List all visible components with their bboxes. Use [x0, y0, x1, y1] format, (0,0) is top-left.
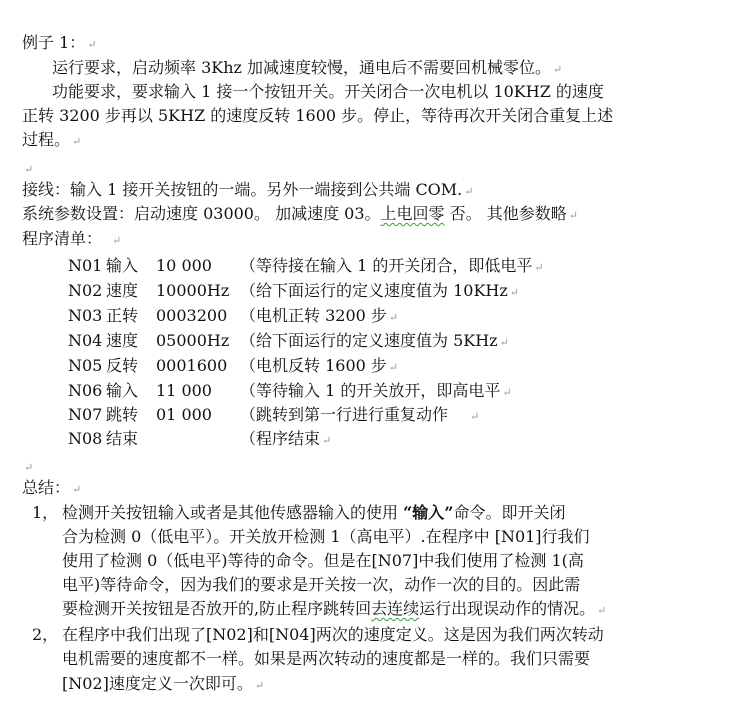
command: 反转: [106, 356, 138, 376]
comment: （给下面运行的定义速度值为 10KHz↵: [240, 281, 519, 303]
empty-paragraph: ↵: [22, 456, 33, 478]
paragraph-mark-icon: ↵: [569, 209, 578, 222]
summary-item-1-line-1: 检测开关按钮输入或者是其他传感器输入的使用 “输入”命令。即开关闭: [62, 503, 566, 525]
paragraph-mark-icon: ↵: [322, 434, 331, 447]
line-number: N01: [68, 256, 102, 276]
paragraph-mark-icon: ↵: [389, 361, 398, 374]
summary-text: 要检测开关按钮是否放开的,防止程序跳转回: [62, 599, 371, 618]
wiring-text: 接线：输入 1 接开关按钮的一端。另外一端接到公共端 COM.: [22, 180, 462, 199]
comment-text: （电机反转 1600 步: [240, 356, 387, 375]
paragraph-mark-icon: ↵: [510, 286, 519, 299]
paragraph-mark-icon: ↵: [389, 311, 398, 324]
paragraph-mark-icon: ↵: [112, 234, 121, 247]
comment: （等待接在输入 1 的开关闭合，即低电平↵: [240, 256, 544, 278]
list-number: 2，: [32, 625, 58, 644]
summary-text: 使用了检测 0（低电平)等待的命令。但是在[N07]中我们使用了检测 1(高: [62, 551, 584, 570]
comment: （跳转到第一行进行重复动作↵: [240, 405, 479, 427]
comment: （电机反转 1600 步↵: [240, 356, 398, 378]
function-requirement-text: 正转 3200 步再以 5KHZ 的速度反转 1600 步。停止，等待再次开关闭…: [22, 106, 613, 125]
example-title-text: 例子 1：: [22, 33, 85, 52]
wiring-line: 接线：输入 1 接开关按钮的一端。另外一端接到公共端 COM.↵: [22, 180, 474, 202]
paragraph-mark-icon: ↵: [464, 185, 473, 198]
function-requirement-text: 功能要求，要求输入 1 接一个按钮开关。开关闭合一次电机以 10KHZ 的速度: [52, 82, 604, 101]
summary-item-2-number: 2，: [32, 625, 58, 647]
command: 结束: [106, 429, 138, 449]
comment-text: （电机正转 3200 步: [240, 306, 387, 325]
summary-text: 在程序中我们出现了[N02]和[N04]两次的速度定义。这是因为我们两次转动: [62, 625, 604, 644]
list-number: 1，: [32, 503, 58, 522]
comment-text: （程序结束: [240, 429, 320, 448]
spellcheck-squiggle-text: 去连续: [371, 599, 419, 618]
run-requirement: 运行要求，启动频率 3Khz 加减速度较慢，通电后不需要回机械零位。↵: [52, 58, 562, 80]
summary-text: 命令。即开关闭: [454, 503, 566, 522]
value: 11 000: [156, 381, 212, 401]
params-text: 系统参数设置：启动速度 03000。 加减速度 03。: [22, 204, 381, 223]
params-suffix-text: 否。 其他参数略: [445, 204, 567, 223]
comment-text: （跳转到第一行进行重复动作: [240, 405, 448, 424]
summary-heading-text: 总结：: [22, 478, 70, 497]
line-number: N03: [68, 306, 102, 326]
summary-text: 运行出现误动作的情况。: [419, 599, 595, 618]
paragraph-mark-icon: ↵: [470, 410, 479, 423]
paragraph-mark-icon: ↵: [72, 135, 81, 148]
command: 速度: [106, 331, 138, 351]
summary-text: 检测开关按钮输入或者是其他传感器输入的使用: [62, 503, 403, 522]
params-line: 系统参数设置：启动速度 03000。 加减速度 03。上电回零 否。 其他参数略…: [22, 204, 578, 226]
paragraph-mark-icon: ↵: [500, 336, 509, 349]
program-heading: 程序清单：↵: [22, 229, 121, 251]
function-requirement-line-3: 过程。↵: [22, 130, 81, 152]
comment-text: （给下面运行的定义速度值为 10KHz: [240, 281, 508, 300]
summary-item-1-line-5: 要检测开关按钮是否放开的,防止程序跳转回去连续运行出现误动作的情况。↵: [62, 599, 606, 621]
line-number: N02: [68, 281, 102, 301]
paragraph-mark-icon: ↵: [534, 261, 543, 274]
comment: （程序结束↵: [240, 429, 331, 451]
function-requirement-line-1: 功能要求，要求输入 1 接一个按钮开关。开关闭合一次电机以 10KHZ 的速度: [52, 82, 604, 104]
command: 跳转: [106, 405, 138, 425]
summary-text: [N02]速度定义一次即可。: [62, 674, 253, 693]
comment-text: （给下面运行的定义速度值为 5KHz: [240, 331, 498, 350]
command: 正转: [106, 306, 138, 326]
line-number: N05: [68, 356, 102, 376]
paragraph-mark-icon: ↵: [24, 163, 33, 176]
paragraph-mark-icon: ↵: [597, 604, 606, 617]
command: 速度: [106, 281, 138, 301]
summary-heading: 总结：↵: [22, 478, 81, 500]
document-page: 例子 1：↵ 运行要求，启动频率 3Khz 加减速度较慢，通电后不需要回机械零位…: [0, 0, 750, 712]
paragraph-mark-icon: ↵: [24, 461, 33, 474]
value: 01 000: [156, 405, 212, 425]
value: 0001600: [156, 356, 227, 376]
paragraph-mark-icon: ↵: [87, 38, 96, 51]
comment-text: （等待输入 1 的开关放开，即高电平: [240, 381, 500, 400]
summary-item-2-line-1: 在程序中我们出现了[N02]和[N04]两次的速度定义。这是因为我们两次转动: [62, 625, 604, 647]
command: 输入: [106, 256, 138, 276]
program-heading-text: 程序清单：: [22, 229, 102, 248]
value: 05000Hz: [156, 331, 229, 351]
value: 10 000: [156, 256, 212, 276]
example-title: 例子 1：↵: [22, 33, 97, 55]
comment-text: （等待接在输入 1 的开关闭合，即低电平: [240, 256, 532, 275]
function-requirement-text: 过程。: [22, 130, 70, 149]
paragraph-mark-icon: ↵: [553, 63, 562, 76]
summary-text: 电平)等待命令，因为我们的要求是开关按一次，动作一次的目的。因此需: [62, 575, 580, 594]
command: 输入: [106, 381, 138, 401]
empty-paragraph: ↵: [22, 158, 33, 180]
comment: （给下面运行的定义速度值为 5KHz↵: [240, 331, 509, 353]
summary-item-2-line-2: 电机需要的速度都不一样。如果是两次转动的速度都是一样的。我们只需要: [62, 649, 590, 671]
summary-item-1-line-3: 使用了检测 0（低电平)等待的命令。但是在[N07]中我们使用了检测 1(高: [62, 551, 584, 573]
value: 0003200: [156, 306, 227, 326]
summary-item-2-line-3: [N02]速度定义一次即可。↵: [62, 674, 264, 696]
line-number: N04: [68, 331, 102, 351]
summary-text: 电机需要的速度都不一样。如果是两次转动的速度都是一样的。我们只需要: [62, 649, 590, 668]
paragraph-mark-icon: ↵: [502, 386, 511, 399]
summary-item-1-line-2: 合为检测 0（低电平）。开关放开检测 1（高电平）.在程序中 [N01]行我们: [62, 527, 590, 549]
line-number: N08: [68, 429, 102, 449]
bold-command-text: “输入”: [403, 503, 453, 522]
summary-item-1-number: 1，: [32, 503, 58, 525]
value: 10000Hz: [156, 281, 229, 301]
summary-text: 合为检测 0（低电平）。开关放开检测 1（高电平）.在程序中 [N01]行我们: [62, 527, 590, 546]
paragraph-mark-icon: ↵: [255, 679, 264, 692]
summary-item-1-line-4: 电平)等待命令，因为我们的要求是开关按一次，动作一次的目的。因此需: [62, 575, 580, 597]
paragraph-mark-icon: ↵: [72, 483, 81, 496]
spellcheck-squiggle-text: 上电回零: [381, 204, 445, 223]
function-requirement-line-2: 正转 3200 步再以 5KHZ 的速度反转 1600 步。停止，等待再次开关闭…: [22, 106, 613, 128]
comment: （电机正转 3200 步↵: [240, 306, 398, 328]
line-number: N06: [68, 381, 102, 401]
run-requirement-text: 运行要求，启动频率 3Khz 加减速度较慢，通电后不需要回机械零位。: [52, 58, 551, 77]
line-number: N07: [68, 405, 102, 425]
comment: （等待输入 1 的开关放开，即高电平↵: [240, 381, 512, 403]
